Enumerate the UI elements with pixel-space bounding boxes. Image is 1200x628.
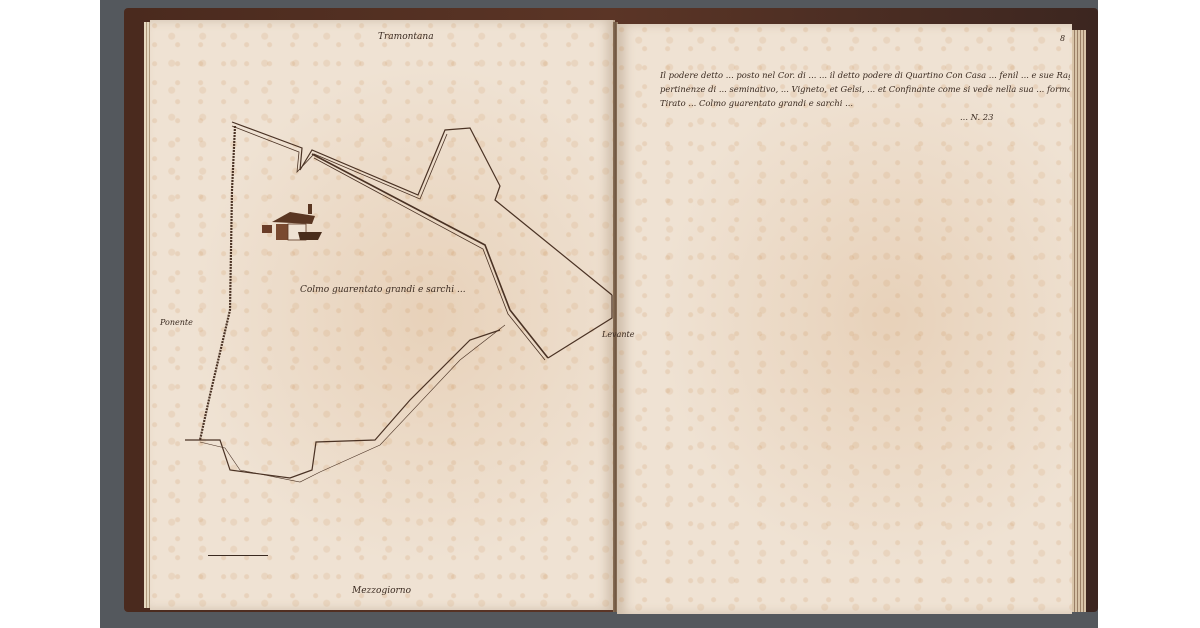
map-label-north: Tramontana — [378, 32, 434, 42]
farmhouse-drawing — [262, 204, 322, 240]
map-label-east: Levante — [602, 330, 634, 339]
map-label-west: Ponente — [160, 318, 193, 327]
text-line: pertinenze di ... seminativo, ... Vignet… — [660, 82, 1070, 96]
map-parcel-label: Colmo guarentato grandi e sarchi ... — [300, 285, 466, 295]
page-number: 8 — [1060, 34, 1065, 43]
manuscript-text: Il podere detto ... posto nel Cor. di ..… — [660, 68, 1070, 124]
map-label-south: Mezzogiorno — [352, 586, 411, 596]
map-scale-bar — [208, 555, 268, 556]
text-line: ... N. 23 — [660, 110, 1070, 124]
text-line: Tirato ... Colmo guarentato grandi e sar… — [660, 96, 1070, 110]
text-line: Il podere detto ... posto nel Cor. di ..… — [660, 68, 1070, 82]
